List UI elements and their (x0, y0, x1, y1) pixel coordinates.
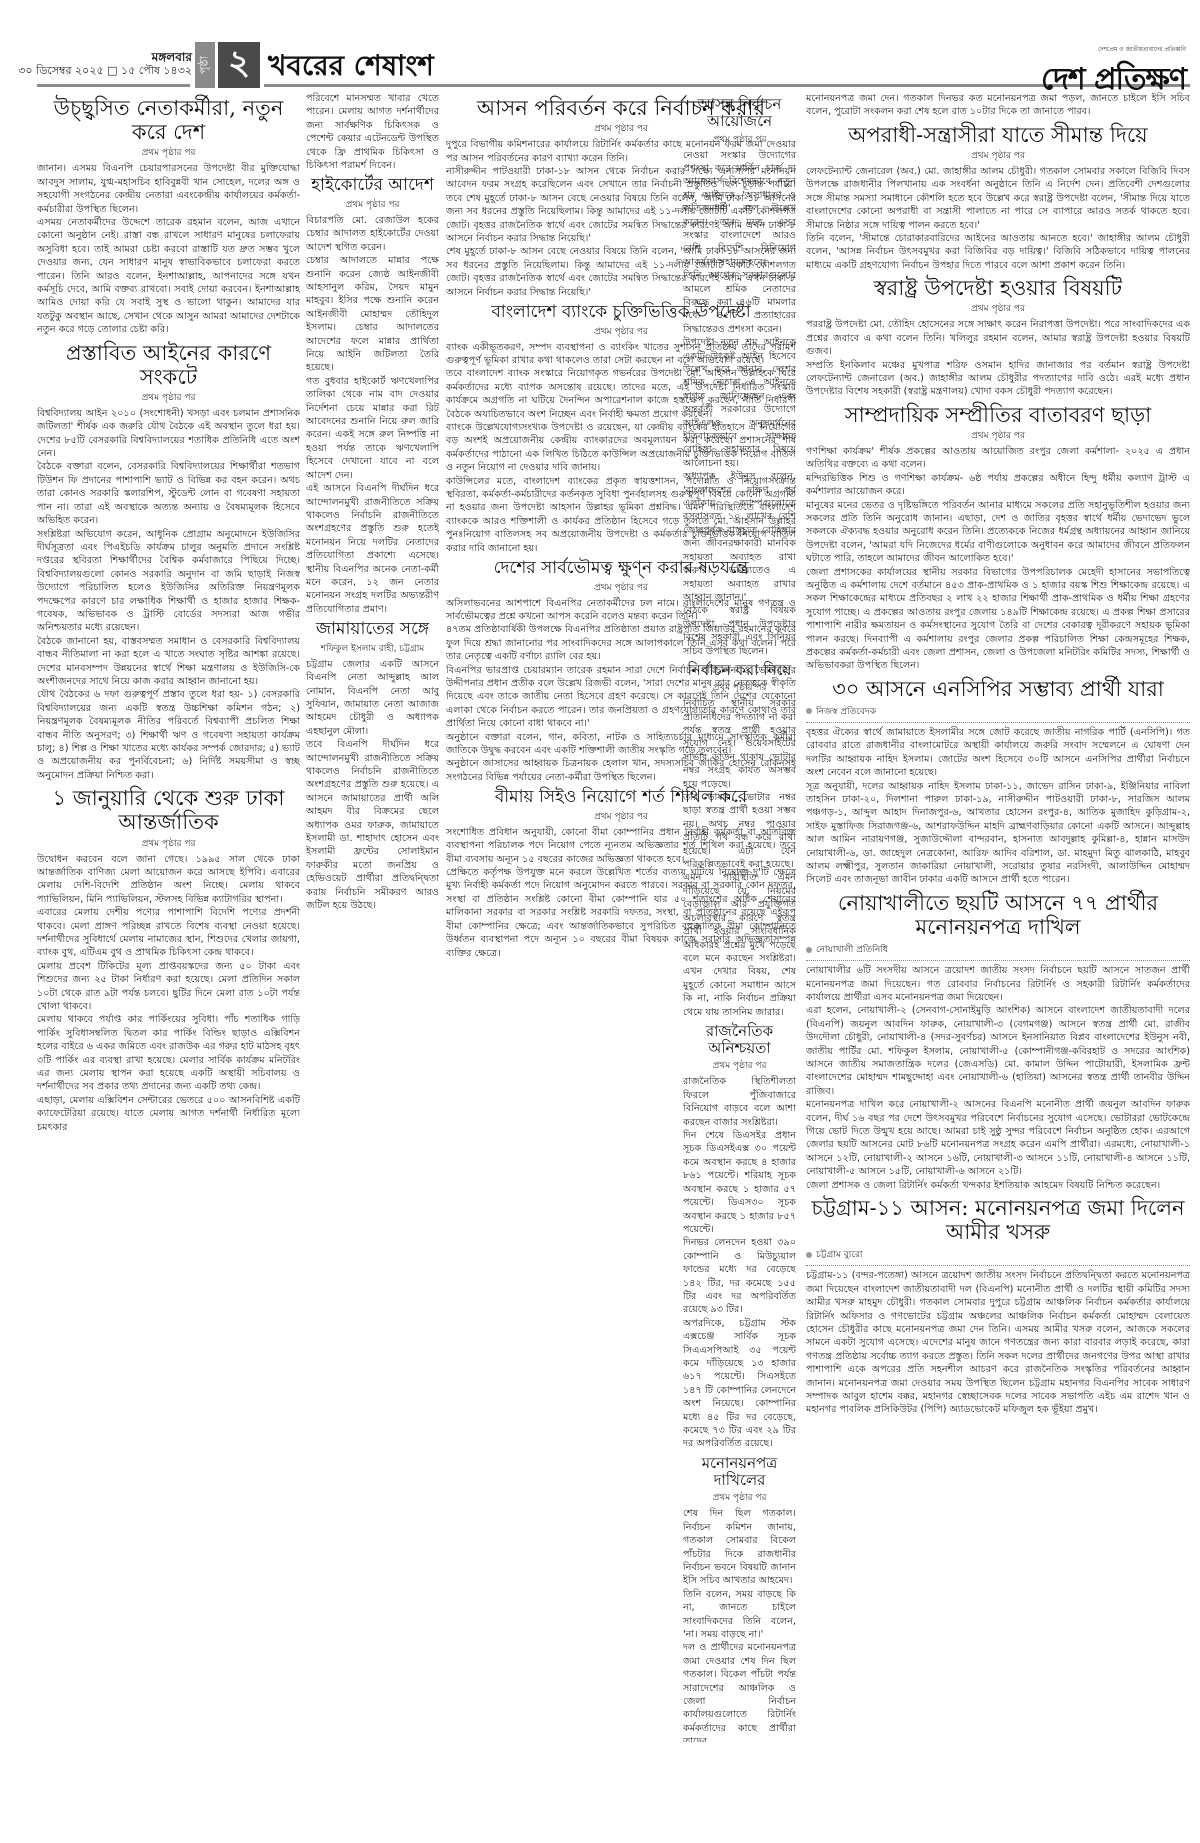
paragraph: বৈঠকে বক্তারা বলেন, বেসরকারি বিশ্ববিদ্যা… (37, 460, 300, 527)
masthead-rule-left (37, 84, 190, 87)
article-a19[interactable]: চট্টগ্রাম-১১ আসন: মনোনয়নপত্র জমা দিলেন … (806, 1196, 1190, 1417)
continued-from: প্রথম পৃষ্ঠার পর (683, 1490, 796, 1505)
continued-from: প্রথম পৃষ্ঠার পর (37, 145, 300, 160)
continued-from: প্রথম পৃষ্ঠার পর (683, 680, 796, 695)
article-a18[interactable]: নোয়াখালীতে ছয়টি আসনে ৭৭ প্রার্থীর মনোন… (806, 891, 1190, 1192)
headline[interactable]: অপরাধী-সন্ত্রাসীরা যাতে সীমান্ত দিয়ে (806, 123, 1190, 147)
headline[interactable]: রাজনৈতিক অনিশ্চয়তা (683, 1023, 796, 1058)
paragraph: দল ও প্রার্থীদের মনোনয়নপত্র জমা দেওয়ার… (683, 1641, 796, 1742)
paragraph: নেওয়া সংস্কার উদ্যোগের প্রশংসা করে মার্… (683, 149, 796, 270)
article-a12[interactable]: রাজনৈতিক অনিশ্চয়তা প্রথম পৃষ্ঠার পর রাজ… (683, 1023, 796, 1451)
column-4: আসন্ন নির্বাচন আয়োজনে প্রথম পৃষ্ঠার পর … (683, 92, 796, 1742)
article-body-lead: পরিবেশে মানসম্মত খাবার খেতে পারেন। মেলায… (306, 92, 439, 172)
paragraph: চট্টগ্রাম-১১ (বন্দর-পতেঙ্গা) আসনে ত্রয়ো… (806, 1269, 1190, 1416)
paragraph: এরা হলেন, নোয়াখালী-২ (সেনবাগ-সোনাইমুড়ি… (806, 1004, 1190, 1098)
paragraph: জেলা প্রশাসকের কার্যালয়ের স্থানীয় সরকা… (806, 566, 1190, 673)
article-a2[interactable]: প্রস্তাবিত আইনের কারণে সংকটে প্রথম পৃষ্ঠ… (37, 341, 300, 783)
byline: শফিকুল ইসলাম রাহী, চট্টগ্রাম (306, 641, 439, 656)
paragraph: লেফটেন্যান্ট জেনারেল (অব.) মো. জাহাঙ্গীর… (806, 165, 1190, 232)
article-body: লেফটেন্যান্ট জেনারেল (অব.) মো. জাহাঙ্গীর… (806, 165, 1190, 272)
continued-from: প্রথম পৃষ্ঠার পর (806, 428, 1190, 443)
paragraph: সূত্র অনুযায়ী, দলের আহ্বায়ক নাহিদ ইসলা… (806, 780, 1190, 887)
byline: চট্টগ্রাম ব্যুরো (806, 1247, 1190, 1266)
paragraph: তবে বিএনপি দীর্ঘদিন ধরে আন্দোলনমুখী রাজন… (306, 738, 439, 912)
headline[interactable]: স্বরাষ্ট্র উপদেষ্টা হওয়ার বিষয়টি (806, 276, 1190, 300)
paragraph: মন্দিরভিত্তিক শিশু ও গণশিক্ষা কার্যক্রম-… (806, 472, 1190, 499)
paragraph: উপদেষ্টা নতুন শ্রম আইনকে একটি উৎকৃষ্ট আই… (683, 336, 796, 470)
continued-from: প্রথম পৃষ্ঠার পর (306, 197, 439, 212)
paragraph: এছাড়া, মেলায় এক্সিবিশন সেন্টারের ভেতরে… (37, 1094, 300, 1134)
continued-from: প্রথম পৃষ্ঠার পর (683, 1058, 796, 1073)
issue-day: মঙ্গলবার (18, 50, 192, 64)
paragraph: অধ্যাপক ইউনূস বলেন, 'বাংলাদেশের দক্ষিণ প… (683, 470, 796, 604)
headline[interactable]: চট্টগ্রাম-১১ আসন: মনোনয়নপত্র জমা দিলেন … (806, 1196, 1190, 1244)
headline[interactable]: ৩০ আসনে এনসিপির সম্ভাব্য প্রার্থী যারা (806, 677, 1190, 701)
article-body: জানান। এসময় বিএনপি চেয়ারপারসনের উপদেষ্… (37, 162, 300, 336)
article-a14[interactable]: মনোনয়নপত্র জমা দেন। গতকাল দিনভর কত মনোন… (806, 92, 1190, 272)
paragraph: বিশ্ববিদ্যালয় আইন ২০১০ (সংশোধনী) খসড়া … (37, 407, 300, 461)
headline[interactable]: জামায়াতের সঙ্গে (306, 620, 439, 640)
paragraph: মনোনয়নপত্র জমা দেন। গতকাল দিনভর কত মনোন… (806, 92, 1190, 119)
continued-from: প্রথম পৃষ্ঠার পর (37, 390, 300, 405)
masthead: মঙ্গলবার ৩০ ডিসেম্বর ২০২৫ □ ১৫ পৌষ ১৪৩২ … (0, 0, 1200, 90)
bullet-icon (806, 947, 812, 953)
headline[interactable]: উচ্ছ্বসিত নেতাকর্মীরা, নতুন করে দেশ (37, 96, 300, 144)
paragraph: মানুষের মনের ভেতর ও দৃষ্টিভঙ্গিতে পরিবর্… (806, 499, 1190, 566)
paragraph: চট্টগ্রাম জেলার একটি আসনে বিএনপি নেতা আব… (306, 658, 439, 738)
article-body: বিশ্ববিদ্যালয় আইন ২০১০ (সংশোধনী) খসড়া … (37, 407, 300, 782)
headline[interactable]: প্রস্তাবিত আইনের কারণে সংকটে (37, 341, 300, 389)
paragraph: এই আসনে বিএনপি দীর্ঘদিন ধরে আন্দোলনমুখী … (306, 482, 439, 616)
article-body: গণশিক্ষা কার্যক্রম' শীর্ষক প্রকল্পের আওত… (806, 445, 1190, 673)
paragraph: সংশ্লিষ্টরা অভিযোগ করেন, আধুনিক প্রোগ্রা… (37, 528, 300, 635)
article-a11[interactable]: নির্বাচন করা নিয়ে প্রথম পৃষ্ঠার পর নির্… (683, 662, 796, 1019)
byline-text: চট্টগ্রাম ব্যুরো (816, 1250, 863, 1260)
paragraph: নির্বাচিত স্থানীয় সরকার প্রতিনিধিদের পদ… (683, 697, 796, 791)
paragraph: সম্প্রতি ইনকিলাব মঞ্চের মুখপাত্র শরিফ ওস… (806, 359, 1190, 399)
paragraph: তার ভাষায়, ভোটার নম্বর ছাড়া স্বতন্ত্র … (683, 791, 796, 871)
article-body: পররাষ্ট্র উপদেষ্টা মো. তৌহিদ হোসেনের সঙ্… (806, 318, 1190, 398)
paragraph: শেষ দিন ছিল গতকাল। নির্বাচন কমিশন জানায়… (683, 1507, 796, 1587)
paragraph: উদ্বোধন করবেন বলে জানা গেছে। ১৯৯৫ সাল থে… (37, 853, 300, 907)
continued-from: প্রথম পৃষ্ঠার পর (683, 132, 796, 147)
paragraph: এসময় নেতাকর্মীদের উদ্দেশে তারেক রহমান ব… (37, 216, 300, 337)
paragraph: রাজনৈতিক স্থিতিশীলতা ফিরলে পুঁজিবাজারে ব… (683, 1075, 796, 1129)
article-body: চট্টগ্রাম-১১ (বন্দর-পতেঙ্গা) আসনে ত্রয়ো… (806, 1269, 1190, 1416)
byline: নোয়াখালী প্রতিনিধি (806, 942, 1190, 961)
continued-from: প্রথম পৃষ্ঠার পর (37, 836, 300, 851)
paragraph: পররাষ্ট্র উপদেষ্টা মো. তৌহিদ হোসেনের সঙ্… (806, 318, 1190, 358)
article-a3[interactable]: ১ জানুয়ারি থেকে শুরু ঢাকা আন্তর্জাতিক প… (37, 786, 300, 1134)
page-number: ২ (218, 42, 260, 88)
paragraph: পরিবেশে মানসম্মত খাবার খেতে পারেন। মেলায… (306, 92, 439, 172)
page-tag: পৃষ্ঠা (195, 42, 215, 88)
article-body: শেষ দিন ছিল গতকাল। নির্বাচন কমিশন জানায়… (683, 1507, 796, 1742)
paragraph: জানান। এসময় বিএনপি চেয়ারপারসনের উপদেষ্… (37, 162, 300, 216)
byline-text: নোয়াখালী প্রতিনিধি (816, 945, 888, 955)
article-a15[interactable]: স্বরাষ্ট্র উপদেষ্টা হওয়ার বিষয়টি প্রথম… (806, 276, 1190, 399)
article-a17[interactable]: ৩০ আসনে এনসিপির সম্ভাব্য প্রার্থী যারা ন… (806, 677, 1190, 887)
article-body: নির্বাচিত স্থানীয় সরকার প্রতিনিধিদের পদ… (683, 697, 796, 1019)
paragraph: এমন পরিস্থিতি এমন দাঁড়িয়েছে যে, নিয়মে… (683, 871, 796, 1018)
byline: নিজস্ব প্রতিবেদক (806, 704, 1190, 723)
paragraph: মেলায় থাকবে পর্যাপ্ত কার পার্কিংয়ের সু… (37, 1013, 300, 1093)
article-a13[interactable]: মনোনয়নপত্র দাখিলের প্রথম পৃষ্ঠার পর শেষ… (683, 1455, 796, 1742)
issue-date-block: মঙ্গলবার ৩০ ডিসেম্বর ২০২৫ □ ১৫ পৌষ ১৪৩২ (18, 50, 192, 78)
paragraph: মেলায় প্রবেশ টিকিটের মূল্য প্রাপ্তবয়স্… (37, 960, 300, 1014)
article-body: নোয়াখালীর ৬টি সংসদীয় আসনে ত্রয়োদশ জাত… (806, 964, 1190, 1192)
paragraph: নোয়াখালীর ৬টি সংসদীয় আসনে ত্রয়োদশ জাত… (806, 964, 1190, 1004)
paragraph: তিনি বলেন, সময় বাড়ছে কি না, জানতে চাইল… (683, 1588, 796, 1642)
article-body: রাজনৈতিক স্থিতিশীলতা ফিরলে পুঁজিবাজারে ব… (683, 1075, 796, 1450)
paragraph: তিনি আগের সরকারগুলোর আমলে শ্রমিক নেতাদের… (683, 269, 796, 336)
byline-text: নিজস্ব প্রতিবেদক (816, 707, 876, 717)
article-a1[interactable]: উচ্ছ্বসিত নেতাকর্মীরা, নতুন করে দেশ প্রথ… (37, 96, 300, 337)
headline[interactable]: নোয়াখালীতে ছয়টি আসনে ৭৭ প্রার্থীর মনোন… (806, 891, 1190, 939)
paragraph: মনোনয়নপত্র দাখিল করে নোয়াখালী-২ আসনের … (806, 1098, 1190, 1178)
paragraph: এবারের মেলায় দেশীয় পণ্যের পাশাপাশি বিদ… (37, 906, 300, 960)
article-body: নেওয়া সংস্কার উদ্যোগের প্রশংসা করে মার্… (683, 149, 796, 658)
headline[interactable]: সাম্প্রদায়িক সম্প্রীতির বাতাবরণ ছাড়া (806, 403, 1190, 427)
paragraph: দিন শেষে ডিএসইর প্রধান সূচক ডিএসইএক্স ৩০… (683, 1129, 796, 1236)
article-a10[interactable]: আসন্ন নির্বাচন আয়োজনে প্রথম পৃষ্ঠার পর … (683, 96, 796, 658)
article-body: চট্টগ্রাম জেলার একটি আসনে বিএনপি নেতা আব… (306, 658, 439, 913)
issue-date: ৩০ ডিসেম্বর ২০২৫ □ ১৫ পৌষ ১৪৩২ (18, 64, 192, 78)
headline[interactable]: ১ জানুয়ারি থেকে শুরু ঢাকা আন্তর্জাতিক (37, 786, 300, 834)
paragraph: জেলা প্রশাসক ও জেলা রিটার্নিং কর্মকর্তা … (806, 1179, 1190, 1192)
article-a5[interactable]: জামায়াতের সঙ্গে শফিকুল ইসলাম রাহী, চট্ট… (306, 620, 439, 912)
column-5: মনোনয়নপত্র জমা দেন। গতকাল দিনভর কত মনোন… (806, 92, 1190, 1742)
headline[interactable]: নির্বাচন করা নিয়ে (683, 662, 796, 679)
paragraph: বৈঠকে স্বরাষ্ট্র বিষয়ক উপদেষ্টা, প্রধান… (683, 604, 796, 658)
article-body: বিচারপতি মো. রেজাউল হকের চেম্বার আদালত হ… (306, 214, 439, 616)
paragraph: অপরদিকে, চট্টগ্রাম স্টক এক্সচেঞ্জ সার্বি… (683, 1317, 796, 1451)
logo-tagline: দেশপ্রেম ও জাতীয়তাবাদের প্রতিধ্বনি (1041, 44, 1186, 55)
paragraph: বৈঠকে জানানো হয়, বাস্তবসম্মত সমাধান ও ব… (37, 635, 300, 689)
article-a16[interactable]: সাম্প্রদায়িক সম্প্রীতির বাতাবরণ ছাড়া প… (806, 403, 1190, 673)
article-body: বৃহত্তর ঐক্যের স্বার্থে জামায়াতে ইসলামী… (806, 726, 1190, 887)
paragraph: দিনভর লেনদেন হওয়া ৩৯০ কোম্পানি ও মিউচ্য… (683, 1236, 796, 1316)
paragraph: গণশিক্ষা কার্যক্রম' শীর্ষক প্রকল্পের আওত… (806, 445, 1190, 472)
headline[interactable]: মনোনয়নপত্র দাখিলের (683, 1455, 796, 1490)
article-body-lead: মনোনয়নপত্র জমা দেন। গতকাল দিনভর কত মনোন… (806, 92, 1190, 119)
paragraph: যৌথ বৈঠকের ৬ দফা গুরুত্বপূর্ণ প্রস্তাব ত… (37, 688, 300, 782)
paragraph: গত বুধবার হাইকোর্ট ঋণখেলাপির তালিকা থেকে… (306, 375, 439, 482)
paragraph: বৃহত্তর ঐক্যের স্বার্থে জামায়াতে ইসলামী… (806, 726, 1190, 780)
paragraph: চেম্বার আদালতে মান্নার পক্ষে শুনানি করেন… (306, 254, 439, 375)
headline[interactable]: আসন্ন নির্বাচন আয়োজনে (683, 96, 796, 131)
bullet-icon (806, 1252, 812, 1258)
continued-from: প্রথম পৃষ্ঠার পর (806, 301, 1190, 316)
continued-from: প্রথম পৃষ্ঠার পর (806, 148, 1190, 163)
bullet-icon (806, 708, 812, 714)
article-body: উদ্বোধন করবেন বলে জানা গেছে। ১৯৯৫ সাল থে… (37, 853, 300, 1135)
paragraph: বিচারপতি মো. রেজাউল হকের চেম্বার আদালত হ… (306, 214, 439, 254)
column-2: পরিবেশে মানসম্মত খাবার খেতে পারেন। মেলায… (306, 92, 439, 1742)
headline[interactable]: হাইকোর্টের আদেশ (306, 176, 439, 196)
column-1: উচ্ছ্বসিত নেতাকর্মীরা, নতুন করে দেশ প্রথ… (37, 92, 300, 1742)
article-a4[interactable]: পরিবেশে মানসম্মত খাবার খেতে পারেন। মেলায… (306, 92, 439, 616)
paragraph: তিনি বলেন, 'সীমান্তে চোরাকারবারিদের আইনে… (806, 232, 1190, 272)
